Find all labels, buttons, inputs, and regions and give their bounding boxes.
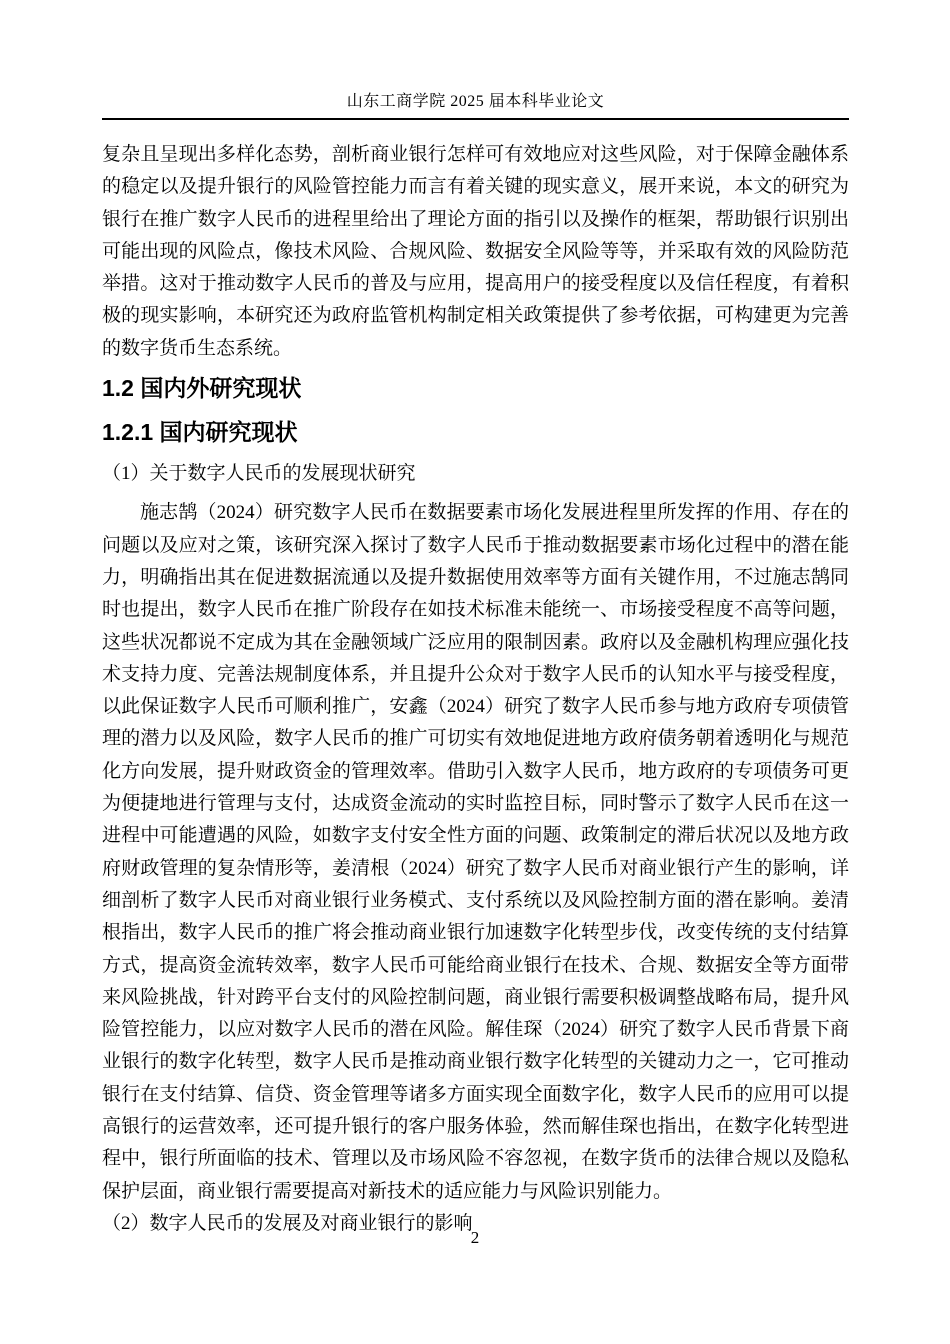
text-line: 化方向发展，提升财政资金的管理效率。借助引入数字人民币，地方政府的专项债务可更 [102, 756, 849, 788]
text-line: 可能出现的风险点，像技术风险、合规风险、数据安全风险等等，并采取有效的风险防范 [102, 236, 849, 268]
text-line: 理的潜力以及风险，数字人民币的推广可切实有效地促进地方政府债务朝着透明化与规范 [102, 723, 849, 755]
text-line: 力，明确指出其在促进数据流通以及提升数据使用效率等方面有关键作用，不过施志鹄同 [102, 562, 849, 594]
text-line: 问题以及应对之策，该研究深入探讨了数字人民币于推动数据要素市场化过程中的潜在能 [102, 530, 849, 562]
text-line: 府财政管理的复杂情形等，姜清根（2024）研究了数字人民币对商业银行产生的影响，… [102, 853, 849, 885]
section-heading-1-2: 1.2 国内外研究现状 [102, 373, 849, 403]
continuation-paragraph: 复杂且呈现出多样化态势，剖析商业银行怎样可有效地应对这些风险，对于保障金融体系的… [102, 139, 849, 365]
text-line: 时也提出，数字人民币在推广阶段存在如技术标准未能统一、市场接受程度不高等问题， [102, 594, 849, 626]
text-line: 进程中可能遭遇的风险，如数字支付安全性方面的问题、政策制定的滞后状况以及地方政 [102, 820, 849, 852]
text-line: 险管控能力，以应对数字人民币的潜在风险。解佳琛（2024）研究了数字人民币背景下… [102, 1014, 849, 1046]
text-line: 保护层面，商业银行需要提高对新技术的适应能力与风险识别能力。 [102, 1176, 849, 1208]
text-line: 根指出，数字人民币的推广将会推动商业银行加速数字化转型步伐，改变传统的支付结算 [102, 917, 849, 949]
page-number: 2 [0, 1226, 950, 1250]
header-title: 山东工商学院 2025 届本科毕业论文 [102, 91, 849, 113]
text-line: 以此保证数字人民币可顺利推广，安鑫（2024）研究了数字人民币参与地方政府专项债… [102, 691, 849, 723]
text-line: 施志鹄（2024）研究数字人民币在数据要素市场化发展进程里所发挥的作用、存在的 [102, 497, 849, 529]
text-line: 来风险挑战，针对跨平台支付的风险控制问题，商业银行需要积极调整战略布局，提升风 [102, 982, 849, 1014]
text-line: 高银行的运营效率，还可提升银行的客户服务体验，然而解佳琛也指出，在数字化转型进 [102, 1111, 849, 1143]
subsection-heading-1-2-1: 1.2.1 国内研究现状 [102, 417, 849, 447]
text-line: 银行在支付结算、信贷、资金管理等诸多方面实现全面数字化，数字人民币的应用可以提 [102, 1079, 849, 1111]
text-line: 极的现实影响，本研究还为政府监管机构制定相关政策提供了参考依据，可构建更为完善 [102, 300, 849, 332]
text-line: 这些状况都说不定成为其在金融领域广泛应用的限制因素。政府以及金融机构理应强化技 [102, 627, 849, 659]
text-line: 业银行的数字化转型，数字人民币是推动商业银行数字化转型的关键动力之一，它可推动 [102, 1046, 849, 1078]
document-page: 山东工商学院 2025 届本科毕业论文 复杂且呈现出多样化态势，剖析商业银行怎样… [0, 0, 950, 1344]
text-line: 术支持力度、完善法规制度体系，并且提升公众对于数字人民币的认知水平与接受程度， [102, 659, 849, 691]
research-review-paragraph: 施志鹄（2024）研究数字人民币在数据要素市场化发展进程里所发挥的作用、存在的问… [102, 497, 849, 1208]
text-line: 的稳定以及提升银行的风险管控能力而言有着关键的现实意义，展开来说，本文的研究为 [102, 171, 849, 203]
text-line: 复杂且呈现出多样化态势，剖析商业银行怎样可有效地应对这些风险，对于保障金融体系 [102, 139, 849, 171]
text-line: 方式，提高资金流转效率，数字人民币可能给商业银行在技术、合规、数据安全等方面带 [102, 950, 849, 982]
text-line: 细剖析了数字人民币对商业银行业务模式、支付系统以及风险控制方面的潜在影响。姜清 [102, 885, 849, 917]
text-line: 的数字货币生态系统。 [102, 333, 849, 365]
document-body: 复杂且呈现出多样化态势，剖析商业银行怎样可有效地应对这些风险，对于保障金融体系的… [102, 139, 849, 1240]
item-1-heading: （1）关于数字人民币的发展现状研究 [102, 458, 849, 490]
text-line: 举措。这对于推动数字人民币的普及与应用，提高用户的接受程度以及信任程度，有着积 [102, 268, 849, 300]
page-header: 山东工商学院 2025 届本科毕业论文 [102, 0, 849, 120]
text-line: 为便捷地进行管理与支付，达成资金流动的实时监控目标，同时警示了数字人民币在这一 [102, 788, 849, 820]
text-line: 程中，银行所面临的技术、管理以及市场风险不容忽视，在数字货币的法律合规以及隐私 [102, 1143, 849, 1175]
text-line: 银行在推广数字人民币的进程里给出了理论方面的指引以及操作的框架，帮助银行识别出 [102, 204, 849, 236]
